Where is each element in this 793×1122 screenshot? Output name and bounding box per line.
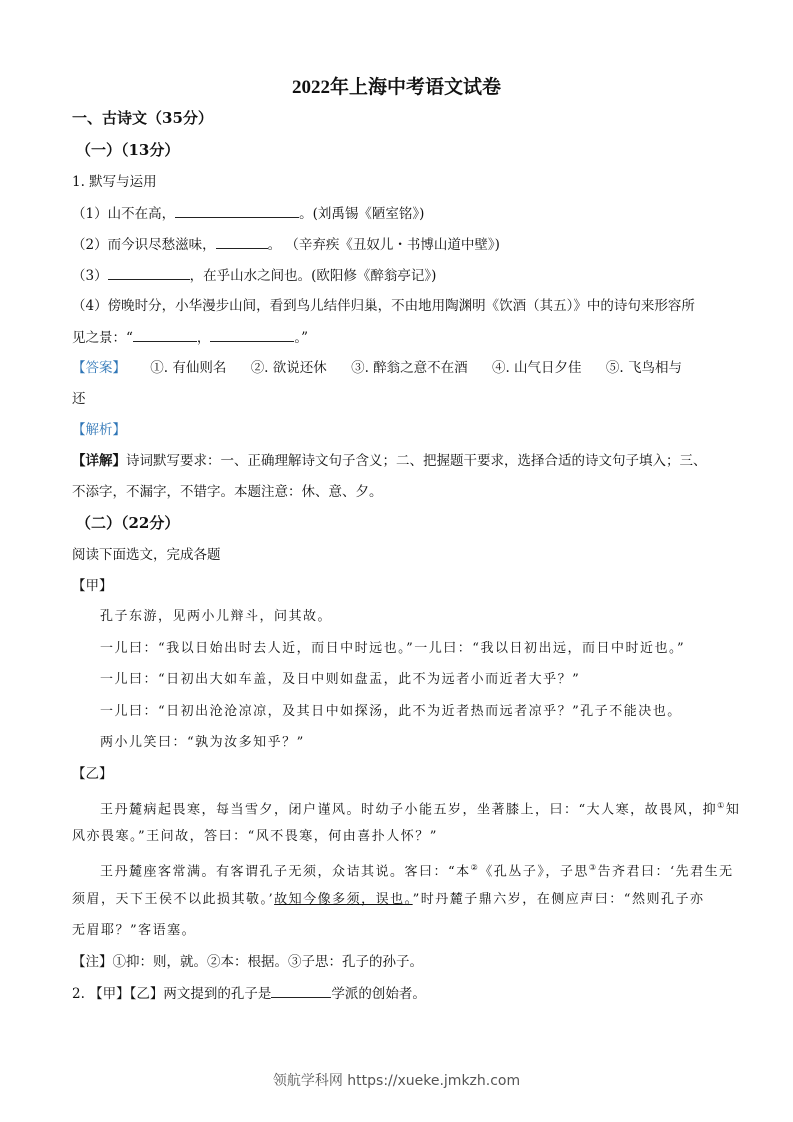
jia-line: 孔子东游，见两小儿辩斗，问其故。	[100, 607, 332, 627]
section-heading: 一、古诗文（35分）	[72, 108, 213, 128]
q1-stem: 1. 默写与运用	[72, 172, 157, 192]
detail-line-2: 不添字，不漏字，不错字。本题注意：休、意、夕。	[72, 482, 383, 502]
answer-row: 【答案】 ①. 有仙则名 ②. 欲说还休 ③. 醉翁之意不在酒 ④. 山气日夕佳…	[72, 358, 682, 378]
answer-blank	[108, 265, 190, 280]
yi-line: 王丹麓座客常满。有客谓孔子无须，众诘其说。客曰：“本②《孔丛子》，子思③告齐君曰…	[100, 858, 734, 882]
answer-blank	[271, 983, 331, 998]
yi-line: 须眉，天下王侯不以此损其敬。’故知今像多须，误也。”时丹麓子鼎六岁，在侧应声曰：…	[72, 890, 704, 910]
q1-item-2: （2）而今识尽愁滋味，。 （辛弃疾《丑奴儿・书博山道中壁》)	[72, 234, 500, 255]
footer-watermark: 领航学科网 https://xueke.jmkzh.com	[0, 1070, 793, 1090]
answer-blank	[175, 203, 299, 218]
jia-line: 两小儿笑曰：“孰为汝多知乎？”	[100, 733, 305, 753]
answer-blank	[216, 234, 268, 249]
yi-line: 风亦畏寒。”王问故，答曰：“风不畏寒，何由喜扑人怀？”	[72, 827, 438, 847]
jia-line: 一儿曰：“日初出大如车盖，及日中则如盘盂，此不为远者小而近者大乎？”	[100, 670, 580, 690]
answer-blank	[133, 327, 197, 342]
answer-blank	[210, 327, 294, 342]
yi-line: 王丹麓病起畏寒，每当雪夕，闭户谨风。时幼子小能五岁，坐著膝上，曰：“大人寒，故畏…	[100, 796, 740, 820]
answer-cont: 还	[72, 389, 86, 409]
jia-line: 一儿曰：“我以日始出时去人近，而日中时远也。”一儿曰：“我以日初出远，而日中时近…	[100, 639, 685, 659]
part1-heading: （一）（13分）	[76, 140, 179, 160]
q1-item-1: （1）山不在高，。(刘禹锡《陋室铭》)	[72, 203, 424, 224]
reading-instruction: 阅读下面选文，完成各题	[72, 545, 221, 565]
detail-line-1: 【详解】诗词默写要求：一、正确理解诗文句子含义；二、把握题干要求，选择合适的诗文…	[72, 451, 707, 471]
page-title: 2022年上海中考语文试卷	[0, 72, 793, 99]
q1-item-4: （4）傍晚时分，小华漫步山间，看到鸟儿结伴归巢，不由地用陶渊明《饮酒（其五）》中…	[72, 296, 695, 316]
yi-label: 【乙】	[72, 764, 113, 784]
q1-item-4-cont: 见之景：“，。”	[72, 327, 308, 348]
jia-label: 【甲】	[72, 576, 113, 596]
notes: 【注】①抑：则，就。②本：根据。③子思：孔子的孙子。	[72, 952, 423, 972]
underlined-sentence: 故知今像多须，误也。	[274, 892, 413, 907]
analysis-label: 【解析】	[72, 420, 126, 440]
answer-label: 【答案】	[72, 360, 126, 376]
q1-item-3: （3），在乎山水之间也。(欧阳修《醉翁亭记》)	[72, 265, 436, 286]
yi-line: 无眉耶？”客语塞。	[72, 921, 196, 941]
part2-heading: （二）（22分）	[76, 513, 179, 533]
q2: 2. 【甲】【乙】两文提到的孔子是学派的创始者。	[72, 983, 426, 1004]
jia-line: 一儿曰：“日初出沧沧凉凉，及其日中如探汤，此不为近者热而远者凉乎？”孔子不能决也…	[100, 702, 682, 722]
exam-page: 2022年上海中考语文试卷 一、古诗文（35分） （一）（13分） 1. 默写与…	[0, 0, 793, 1122]
